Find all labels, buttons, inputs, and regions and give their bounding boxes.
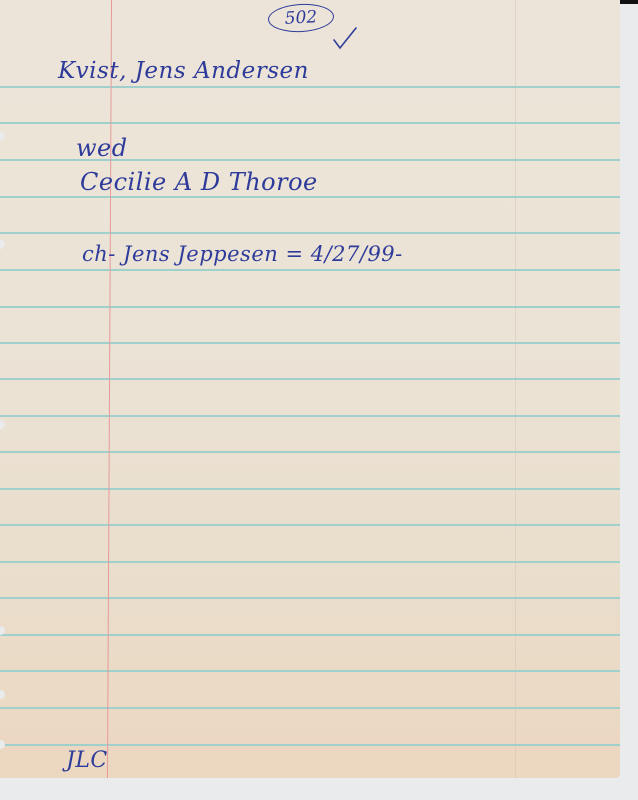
rule-line bbox=[0, 415, 620, 417]
punch-hole bbox=[0, 132, 5, 141]
notebook-page: 502 Kvist, Jens Andersen wed Cecilie A D… bbox=[0, 0, 620, 778]
punch-hole bbox=[0, 420, 5, 429]
rule-line bbox=[0, 196, 620, 198]
rule-line bbox=[0, 86, 620, 88]
rule-line bbox=[0, 122, 620, 124]
page-number-badge: 502 bbox=[267, 2, 334, 33]
initials: JLC bbox=[66, 748, 108, 773]
rule-line bbox=[0, 707, 620, 709]
check-mark-icon bbox=[330, 26, 360, 56]
rule-line bbox=[0, 451, 620, 453]
punch-hole bbox=[0, 690, 5, 699]
punch-hole bbox=[0, 240, 5, 249]
rule-line bbox=[0, 561, 620, 563]
spouse-line: Cecilie A D Thoroe bbox=[80, 168, 318, 196]
page-number: 502 bbox=[284, 7, 317, 29]
rule-line bbox=[0, 269, 620, 271]
paper-fold bbox=[515, 0, 516, 778]
child-line: ch- Jens Jeppesen = 4/27/99- bbox=[82, 242, 403, 266]
wed-label: wed bbox=[76, 134, 128, 162]
rule-line bbox=[0, 744, 620, 746]
margin-line bbox=[107, 0, 112, 778]
rule-line bbox=[0, 597, 620, 599]
rule-line bbox=[0, 634, 620, 636]
rule-line bbox=[0, 378, 620, 380]
scan-edge-strip bbox=[620, 0, 638, 4]
rule-line bbox=[0, 232, 620, 234]
rule-line bbox=[0, 306, 620, 308]
rule-line bbox=[0, 488, 620, 490]
rule-line bbox=[0, 342, 620, 344]
name-line: Kvist, Jens Andersen bbox=[58, 58, 309, 84]
rule-line bbox=[0, 524, 620, 526]
rule-line bbox=[0, 670, 620, 672]
punch-hole bbox=[0, 740, 5, 749]
